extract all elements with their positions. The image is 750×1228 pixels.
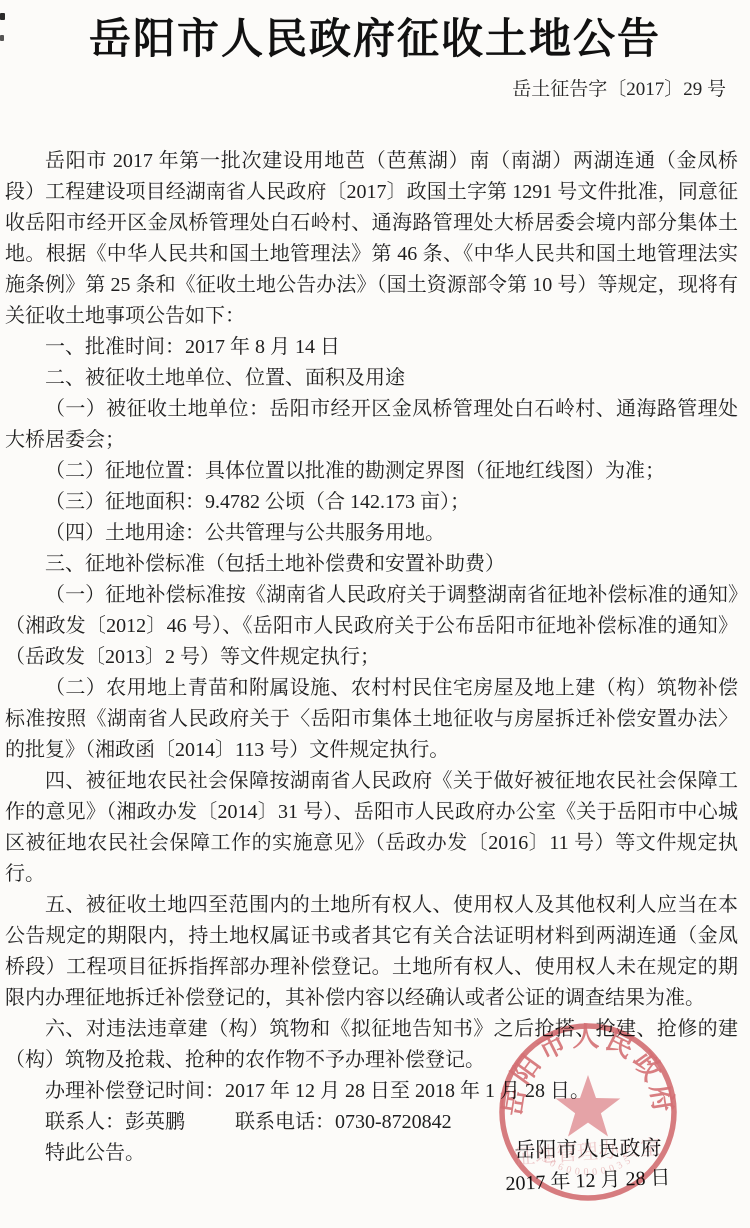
scan-speck bbox=[0, 35, 4, 41]
paragraph: （一）征地补偿标准按《湖南省人民政府关于调整湖南省征地补偿标准的通知》（湘政发〔… bbox=[5, 580, 738, 673]
paragraph: 四、被征地农民社会保障按湖南省人民政府《关于做好被征地农民社会保障工作的意见》（… bbox=[5, 766, 738, 890]
paragraph: （二）征地位置：具体位置以批准的勘测定界图（征地红线图）为准； bbox=[5, 456, 738, 487]
contact-line: 联系人：彭英鹏联系电话：0730-8720842 bbox=[5, 1107, 738, 1138]
paragraph: （三）征地面积：9.4782 公顷（合 142.173 亩）； bbox=[5, 487, 738, 518]
announcement-page: 岳阳市人民政府征收土地公告 岳土征告字〔2017〕29 号 岳阳市 2017 年… bbox=[0, 0, 750, 1228]
paragraph: 岳阳市 2017 年第一批次建设用地芭（芭蕉湖）南（南湖）两湖连通（金凤桥段）工… bbox=[5, 146, 738, 332]
paragraph: 三、征地补偿标准（包括土地补偿费和安置补助费） bbox=[5, 549, 738, 580]
paragraph: 五、被征收土地四至范围内的土地所有权人、使用权人及其他权利人应当在本公告规定的期… bbox=[5, 890, 738, 1014]
paragraph: 一、批准时间：2017 年 8 月 14 日 bbox=[5, 332, 738, 363]
paragraph: （二）农用地上青苗和附属设施、农村村民住宅房屋及地上建（构）筑物补偿标准按照《湖… bbox=[5, 673, 738, 766]
paragraph: （四）土地用途：公共管理与公共服务用地。 bbox=[5, 518, 738, 549]
paragraph: 六、对违法违章建（构）筑物和《拟征地告知书》之后抢搭、抢建、抢修的建（构）筑物及… bbox=[5, 1014, 738, 1076]
page-title: 岳阳市人民政府征收土地公告 bbox=[0, 0, 750, 64]
document-number: 岳土征告字〔2017〕29 号 bbox=[0, 78, 750, 102]
paragraph: 二、被征收土地单位、位置、面积及用途 bbox=[5, 363, 738, 394]
paragraph: 办理补偿登记时间：2017 年 12 月 28 日至 2018 年 1 月 28… bbox=[5, 1076, 738, 1107]
scan-speck bbox=[0, 13, 5, 20]
signature-org: 岳阳市人民政府 bbox=[483, 1134, 693, 1164]
contact-person: 联系人：彭英鹏 bbox=[45, 1111, 185, 1133]
paragraph: （一）被征收土地单位：岳阳市经开区金凤桥管理处白石岭村、通海路管理处大桥居委会； bbox=[5, 394, 738, 456]
contact-phone: 联系电话：0730-8720842 bbox=[235, 1111, 452, 1133]
document-body: 岳阳市 2017 年第一批次建设用地芭（芭蕉湖）南（南湖）两湖连通（金凤桥段）工… bbox=[0, 146, 750, 1169]
